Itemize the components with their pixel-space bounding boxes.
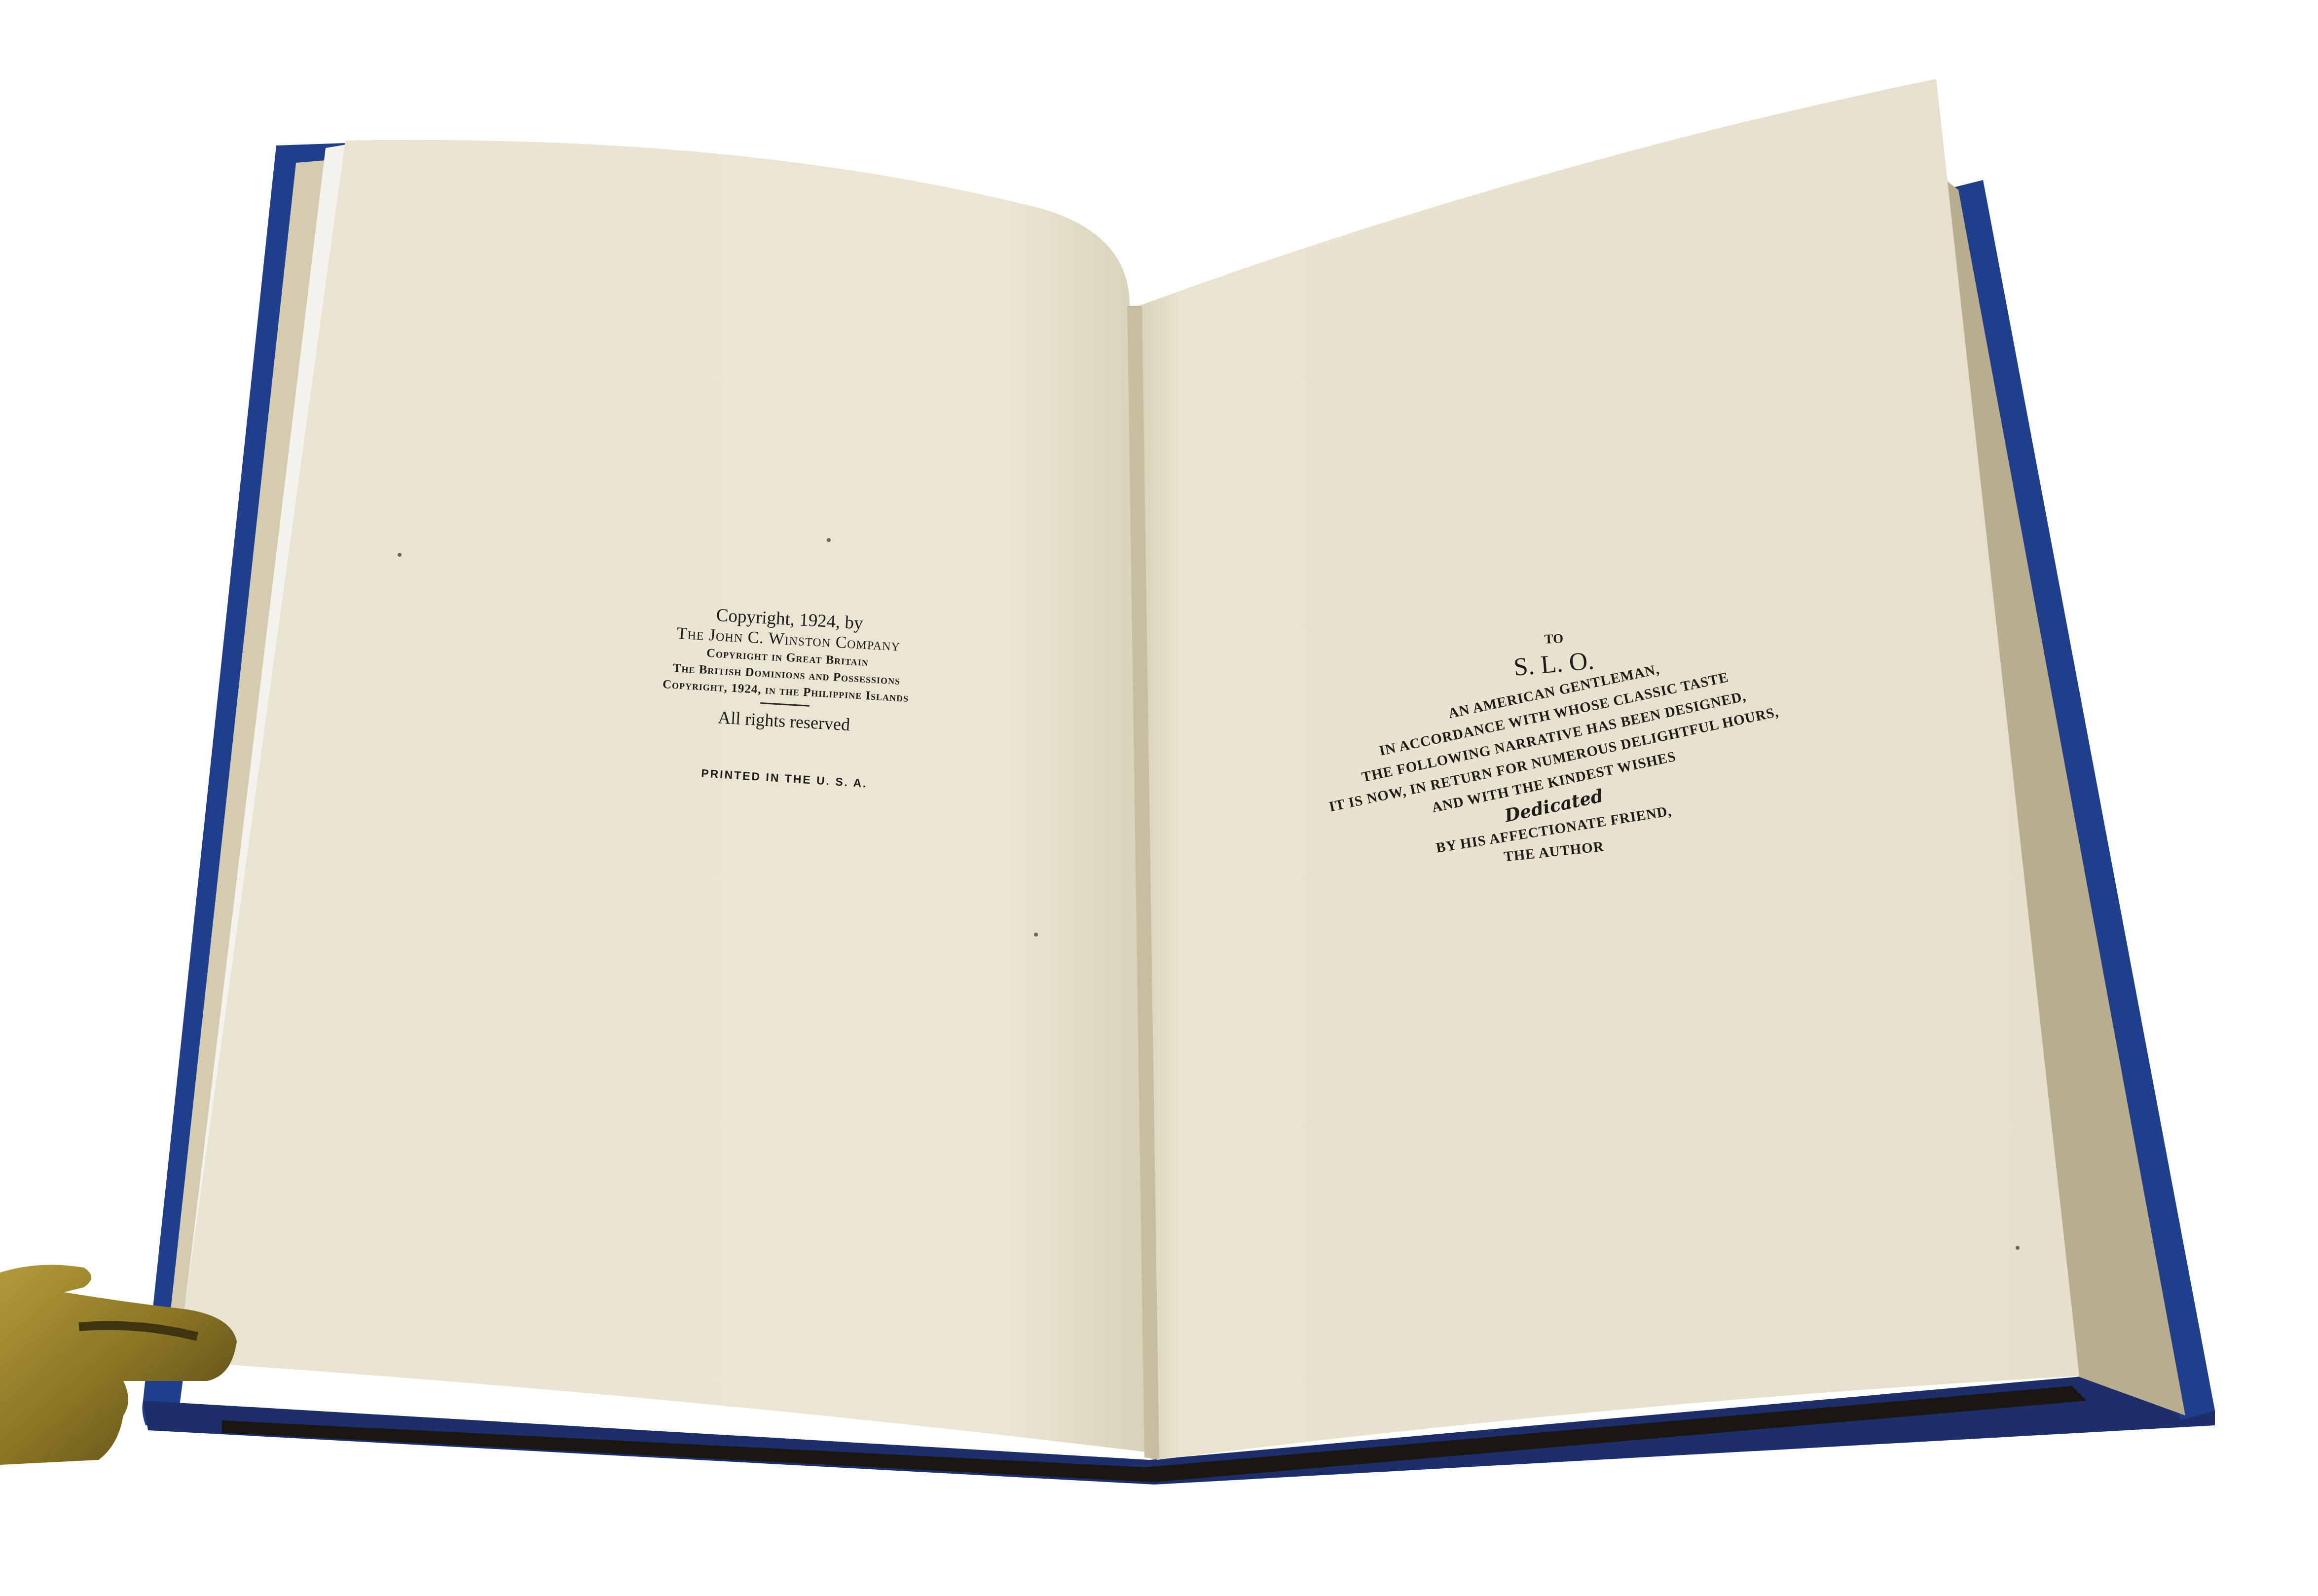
dedication-block: TO S. L. O. AN AMERICAN GENTLEMAN, IN AC… [1292, 629, 1815, 863]
copyright-notice: Copyright, 1924, by The John C. Winston … [621, 600, 953, 741]
divider-rule [760, 702, 809, 707]
left-page [178, 140, 1149, 1452]
book-scene [0, 0, 2318, 1596]
